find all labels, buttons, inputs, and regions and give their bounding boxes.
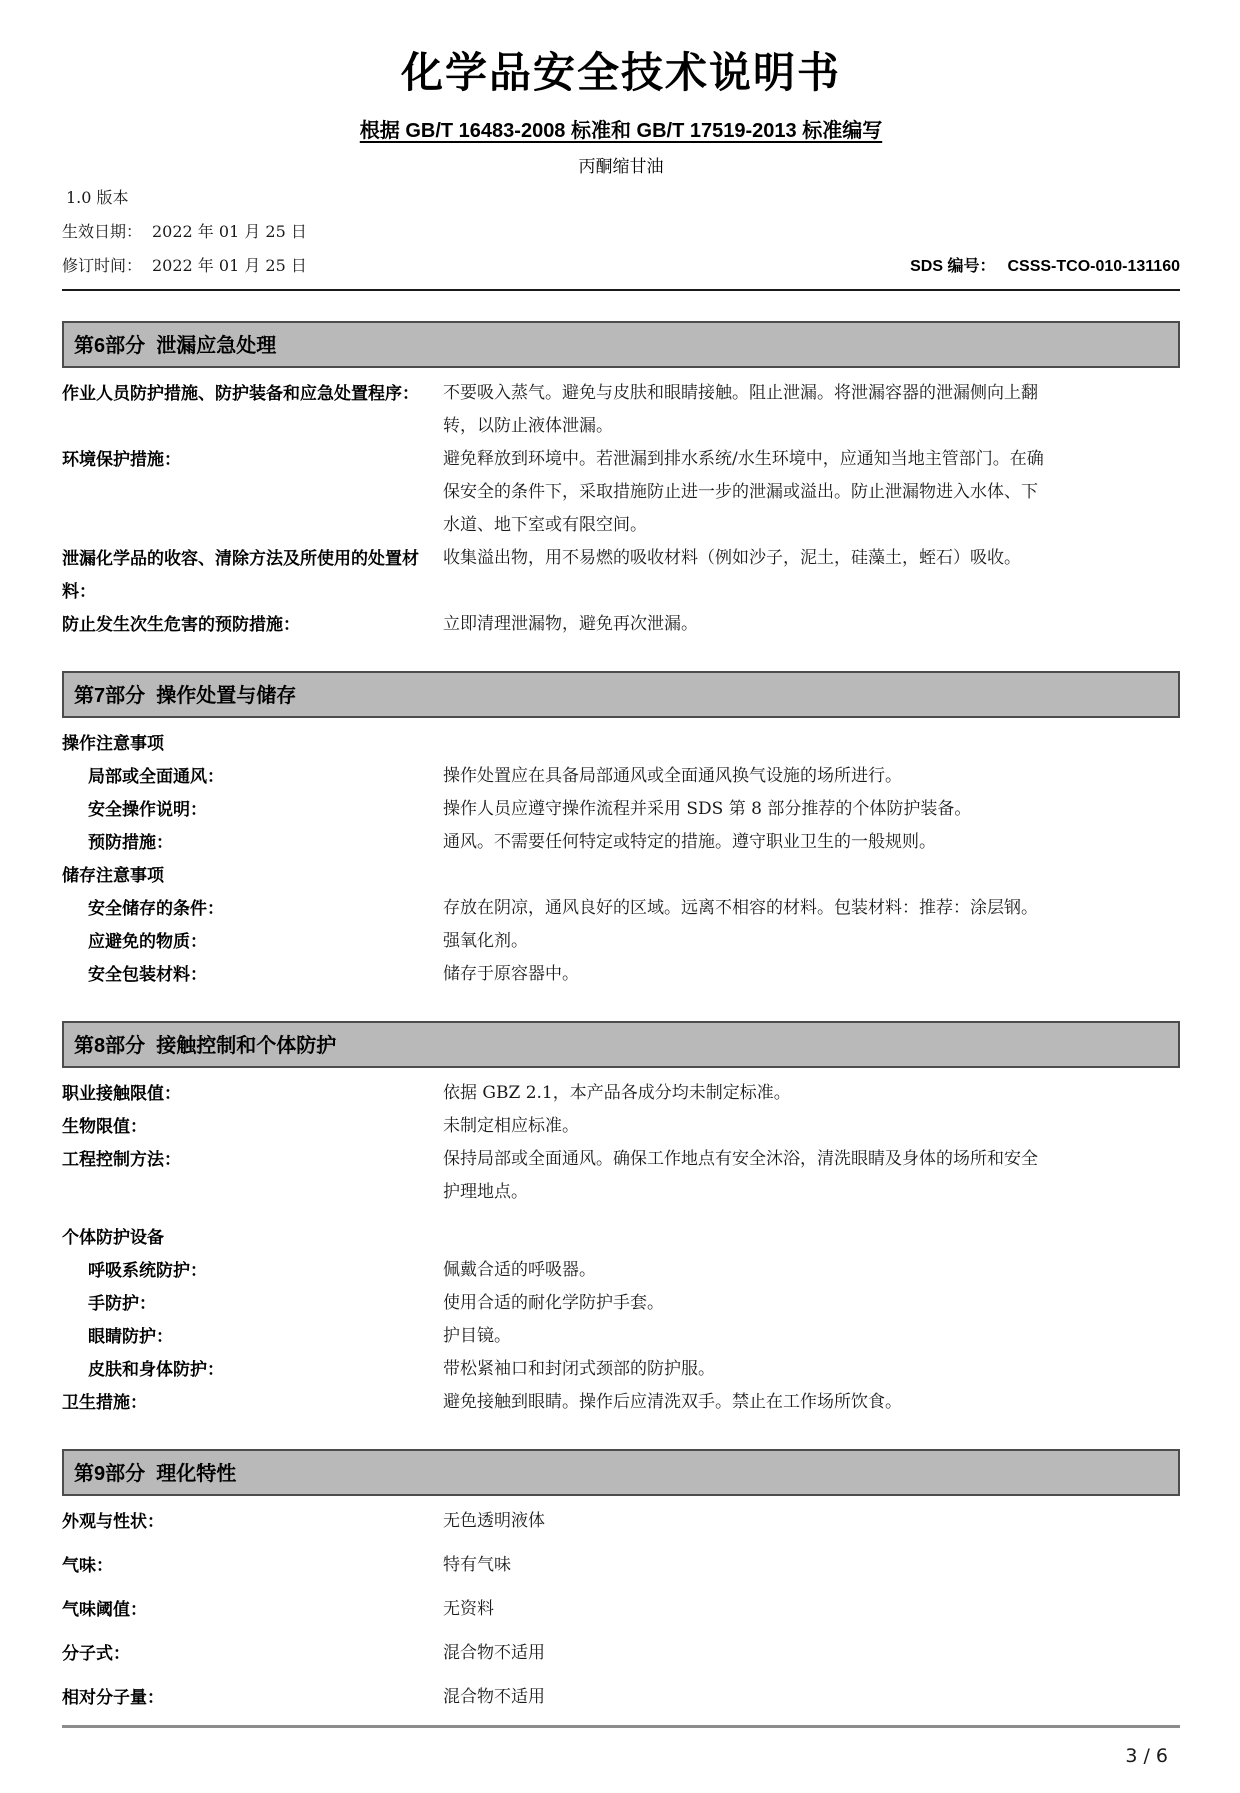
row-label: 环境保护措施： [62, 443, 443, 542]
row-label: 相对分子量： [62, 1681, 443, 1714]
version-label: 1.0 版本 [62, 185, 1180, 208]
section-8-header: 第8部分 接触控制和个体防护 [62, 1021, 1180, 1068]
effective-date-row: 生效日期： 2022 年 01 月 25 日 [62, 219, 1180, 242]
row-label: 手防护： [62, 1287, 443, 1320]
sds-row: 卫生措施： 避免接触到眼睛。操作后应清洗双手。禁止在工作场所饮食。 [62, 1386, 1180, 1419]
row-label: 局部或全面通风： [62, 760, 443, 793]
row-label: 气味： [62, 1549, 443, 1582]
subsection-heading: 操作注意事项 [62, 727, 1180, 760]
row-value: 护目镜。 [443, 1320, 1053, 1353]
row-value: 存放在阴凉，通风良好的区域。远离不相容的材料。包装材料：推荐：涂层钢。 [443, 892, 1053, 925]
footer-divider [62, 1725, 1180, 1728]
sds-row: 气味： 特有气味 [62, 1549, 1180, 1582]
sds-row: 眼睛防护： 护目镜。 [62, 1320, 1180, 1353]
row-label: 预防措施： [62, 826, 443, 859]
page-number: 3 / 6 [62, 1745, 1180, 1767]
document-title: 化学品安全技术说明书 [62, 40, 1180, 100]
effective-date-label: 生效日期： [62, 219, 152, 242]
sds-row: 局部或全面通风： 操作处置应在具备局部通风或全面通风换气设施的场所进行。 [62, 760, 1180, 793]
section-7-body: 操作注意事项 局部或全面通风： 操作处置应在具备局部通风或全面通风换气设施的场所… [62, 718, 1180, 991]
row-label: 作业人员防护措施、防护装备和应急处置程序： [62, 377, 443, 443]
row-value: 混合物不适用 [443, 1681, 1053, 1714]
sds-row: 环境保护措施： 避免释放到环境中。若泄漏到排水系统/水生环境中，应通知当地主管部… [62, 443, 1180, 542]
sds-row: 应避免的物质： 强氧化剂。 [62, 925, 1180, 958]
revision-date-value: 2022 年 01 月 25 日 [152, 253, 307, 276]
sds-row: 外观与性状： 无色透明液体 [62, 1505, 1180, 1538]
sds-row: 安全包装材料： 储存于原容器中。 [62, 958, 1180, 991]
row-label: 安全储存的条件： [62, 892, 443, 925]
sds-row: 手防护： 使用合适的耐化学防护手套。 [62, 1287, 1180, 1320]
row-label: 皮肤和身体防护： [62, 1353, 443, 1386]
row-label: 气味阈值： [62, 1593, 443, 1626]
row-value: 操作人员应遵守操作流程并采用 SDS 第 8 部分推荐的个体防护装备。 [443, 793, 1053, 826]
section-7: 第7部分 操作处置与储存 操作注意事项 局部或全面通风： 操作处置应在具备局部通… [62, 671, 1180, 991]
row-value: 佩戴合适的呼吸器。 [443, 1254, 1053, 1287]
section-8-body: 职业接触限值： 依据 GBZ 2.1，本产品各成分均未制定标准。 生物限值： 未… [62, 1068, 1180, 1419]
sds-row: 呼吸系统防护： 佩戴合适的呼吸器。 [62, 1254, 1180, 1287]
row-label: 职业接触限值： [62, 1077, 443, 1110]
section-8: 第8部分 接触控制和个体防护 职业接触限值： 依据 GBZ 2.1，本产品各成分… [62, 1021, 1180, 1419]
sds-row: 泄漏化学品的收容、清除方法及所使用的处置材料： 收集溢出物，用不易燃的吸收材料（… [62, 542, 1180, 608]
section-9-body: 外观与性状： 无色透明液体 气味： 特有气味 气味阈值： 无资料 分子式： 混合… [62, 1496, 1180, 1714]
row-value: 避免释放到环境中。若泄漏到排水系统/水生环境中，应通知当地主管部门。在确保安全的… [443, 443, 1053, 542]
row-value: 混合物不适用 [443, 1637, 1053, 1670]
row-value: 特有气味 [443, 1549, 1053, 1582]
sds-number-label: SDS 编号： [910, 258, 995, 275]
row-value: 未制定相应标准。 [443, 1110, 1053, 1143]
row-value: 使用合适的耐化学防护手套。 [443, 1287, 1053, 1320]
sds-row: 安全操作说明： 操作人员应遵守操作流程并采用 SDS 第 8 部分推荐的个体防护… [62, 793, 1180, 826]
header-divider [62, 289, 1180, 291]
row-label: 安全包装材料： [62, 958, 443, 991]
effective-date-value: 2022 年 01 月 25 日 [152, 219, 307, 242]
row-label: 呼吸系统防护： [62, 1254, 443, 1287]
section-6-header: 第6部分 泄漏应急处理 [62, 321, 1180, 368]
section-9: 第9部分 理化特性 外观与性状： 无色透明液体 气味： 特有气味 气味阈值： 无… [62, 1449, 1180, 1725]
section-9-header: 第9部分 理化特性 [62, 1449, 1180, 1496]
row-value: 保持局部或全面通风。确保工作地点有安全沐浴，清洗眼睛及身体的场所和安全护理地点。 [443, 1143, 1053, 1209]
row-label: 外观与性状： [62, 1505, 443, 1538]
sds-row: 作业人员防护措施、防护装备和应急处置程序： 不要吸入蒸气。避免与皮肤和眼睛接触。… [62, 377, 1180, 443]
row-label: 工程控制方法： [62, 1143, 443, 1209]
sds-row: 相对分子量： 混合物不适用 [62, 1681, 1180, 1714]
row-label: 分子式： [62, 1637, 443, 1670]
row-value: 储存于原容器中。 [443, 958, 1053, 991]
row-label: 泄漏化学品的收容、清除方法及所使用的处置材料： [62, 542, 443, 608]
row-value: 通风。不需要任何特定或特定的措施。遵守职业卫生的一般规则。 [443, 826, 1053, 859]
row-value: 带松紧袖口和封闭式颈部的防护服。 [443, 1353, 1053, 1386]
standards-subtitle-text: 根据 GB/T 16483-2008 标准和 GB/T 17519-2013 标… [360, 120, 882, 142]
row-value: 立即清理泄漏物，避免再次泄漏。 [443, 608, 1053, 641]
sds-number-value: CSSS-TCO-010-131160 [1007, 258, 1180, 275]
section-6-body: 作业人员防护措施、防护装备和应急处置程序： 不要吸入蒸气。避免与皮肤和眼睛接触。… [62, 368, 1180, 641]
revision-date-row: 修订时间： 2022 年 01 月 25 日 SDS 编号：CSSS-TCO-0… [62, 253, 1180, 276]
product-name: 丙酮缩甘油 [62, 152, 1180, 177]
section-7-header: 第7部分 操作处置与储存 [62, 671, 1180, 718]
row-value: 避免接触到眼睛。操作后应清洗双手。禁止在工作场所饮食。 [443, 1386, 1053, 1419]
row-value: 无资料 [443, 1593, 1053, 1626]
page-footer: 3 / 6 [62, 1725, 1180, 1767]
row-value: 无色透明液体 [443, 1505, 1053, 1538]
sds-row: 预防措施： 通风。不需要任何特定或特定的措施。遵守职业卫生的一般规则。 [62, 826, 1180, 859]
row-value: 收集溢出物，用不易燃的吸收材料（例如沙子，泥土，硅藻土，蛭石）吸收。 [443, 542, 1053, 608]
row-label: 应避免的物质： [62, 925, 443, 958]
sds-row: 职业接触限值： 依据 GBZ 2.1，本产品各成分均未制定标准。 [62, 1077, 1180, 1110]
row-label: 卫生措施： [62, 1386, 443, 1419]
sds-row: 工程控制方法： 保持局部或全面通风。确保工作地点有安全沐浴，清洗眼睛及身体的场所… [62, 1143, 1180, 1209]
row-label: 安全操作说明： [62, 793, 443, 826]
row-value: 操作处置应在具备局部通风或全面通风换气设施的场所进行。 [443, 760, 1053, 793]
subsection-heading: 储存注意事项 [62, 859, 1180, 892]
sds-row: 分子式： 混合物不适用 [62, 1637, 1180, 1670]
revision-date-label: 修订时间： [62, 253, 152, 276]
sds-row: 气味阈值： 无资料 [62, 1593, 1180, 1626]
sds-row: 防止发生次生危害的预防措施： 立即清理泄漏物，避免再次泄漏。 [62, 608, 1180, 641]
row-value: 不要吸入蒸气。避免与皮肤和眼睛接触。阻止泄漏。将泄漏容器的泄漏侧向上翻转，以防止… [443, 377, 1053, 443]
row-label: 生物限值： [62, 1110, 443, 1143]
section-6: 第6部分 泄漏应急处理 作业人员防护措施、防护装备和应急处置程序： 不要吸入蒸气… [62, 321, 1180, 641]
sds-row: 生物限值： 未制定相应标准。 [62, 1110, 1180, 1143]
sds-row: 皮肤和身体防护： 带松紧袖口和封闭式颈部的防护服。 [62, 1353, 1180, 1386]
row-value: 依据 GBZ 2.1，本产品各成分均未制定标准。 [443, 1077, 1053, 1110]
row-label: 眼睛防护： [62, 1320, 443, 1353]
standards-subtitle: 根据 GB/T 16483-2008 标准和 GB/T 17519-2013 标… [62, 114, 1180, 143]
subsection-heading: 个体防护设备 [62, 1221, 1180, 1254]
sds-row: 安全储存的条件： 存放在阴凉，通风良好的区域。远离不相容的材料。包装材料：推荐：… [62, 892, 1180, 925]
row-value: 强氧化剂。 [443, 925, 1053, 958]
sds-number: SDS 编号：CSSS-TCO-010-131160 [910, 253, 1180, 276]
sds-document-page: 化学品安全技术说明书 根据 GB/T 16483-2008 标准和 GB/T 1… [0, 0, 1240, 1793]
row-label: 防止发生次生危害的预防措施： [62, 608, 443, 641]
